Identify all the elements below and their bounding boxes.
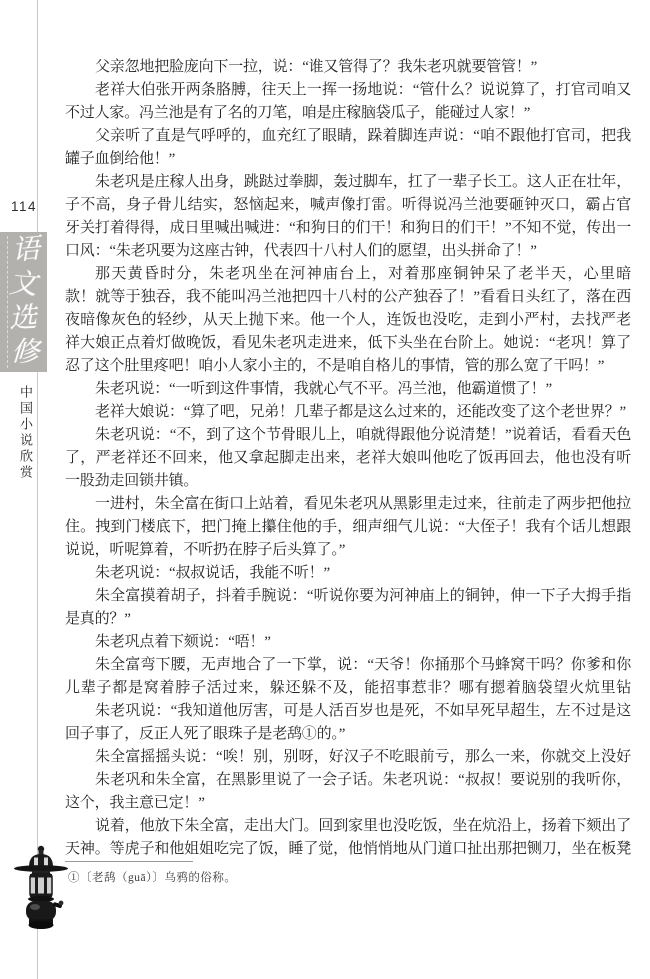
body-text-block: 父亲忽地把脸庞向下一拉，说：“谁又管得了？我朱老巩就要管管！”老祥大伯张开两条胳… (65, 56, 631, 861)
footnote: ①〔老鸹（guā）〕乌鸦的俗称。 (68, 870, 588, 887)
text-line: 朱老巩说：“一听到这件事情，我就心气不平。冯兰池，他霸道惯了！” (65, 378, 631, 401)
text-line: 是真的？” (65, 608, 631, 631)
text-line: 朱全富摸着胡子，抖着手腕说：“听说你要为河神庙上的铜钟，伸一下子大拇手指头， (65, 585, 631, 608)
text-line: 朱全富弯下腰，无声地合了一下掌，说：“天爷！你捅那个马蜂窝干吗？你爹和你爷爷， (65, 654, 631, 677)
series-title-char: 文 (8, 268, 38, 302)
text-line: 一股劲走回锁井镇。 (65, 470, 631, 493)
page-number: 114 (11, 199, 51, 214)
text-line: 夜暗像灰色的轻纱，从天上抛下来。他一个人，连饭也没吃，走到小严村，去找严老祥。老 (65, 309, 631, 332)
text-line: 牙关打着得得，成日里喊出喊进：“和狗日的们干！和狗日的们干！”不知不觉，传出一个 (65, 217, 631, 240)
text-line: 朱老巩是庄稼人出身，跳跶过拳脚，轰过脚车，扛了一辈子长工。这人正在壮年，个 (65, 171, 631, 194)
text-line: 朱老巩和朱全富，在黑影里说了一会子话。朱老巩说：“叔叔！要说别的我听你，说 (65, 769, 631, 792)
series-title-banner: 语文选修 (0, 232, 47, 372)
series-title-char: 选 (9, 302, 39, 335)
text-line: 说说，听呢算着，不听扔在脖子后头算了。” (65, 539, 631, 562)
footnote-divider (65, 861, 193, 862)
text-line: 款！就等于独吞，我不能叫冯兰池把四十八村的公产独吞了！”看看日头红了，落在西山上… (65, 286, 631, 309)
text-line: 祥大娘正点着灯做晚饭，看见朱老巩走进来，低下头坐在台阶上。她说：“老巩！算了吧， (65, 332, 631, 355)
series-title-char: 修 (11, 336, 41, 369)
text-line: 那天黄昏时分，朱老巩坐在河神庙台上，对着那座铜钟呆了老半天，心里暗想：“顶公 (65, 263, 631, 286)
text-line: 老祥大娘说：“算了吧，兄弟！几辈子都是这么过来的，还能改变了这个老世界？” (65, 401, 631, 424)
text-line: 了，严老祥还不回来，他又拿起脚走出来，老祥大娘叫他吃了饭再回去，他也没有听见， (65, 447, 631, 470)
text-line: 子不高，身子骨儿结实，怒恼起来，喊声像打雷。听得说冯兰池要砸钟灭口，霸占官产， (65, 194, 631, 217)
margin-rule (37, 0, 38, 979)
text-line: 朱老巩说：“不，到了这个节骨眼儿上，咱就得跟他分说清楚！”说着话，看看天色黑 (65, 424, 631, 447)
book-page: 114 语文选修 中国小说欣赏 父亲忽地把脸庞向下一拉，说：“谁又管得了？我朱老… (0, 0, 650, 979)
subseries-title: 中国小说欣赏 (16, 385, 35, 495)
text-line: 朱全富摇摇头说：“唉！别，别呀，好汉子不吃眼前亏，那么一来，你就交上没好运了！” (65, 746, 631, 769)
lantern-image (12, 845, 70, 939)
text-line: 不过人家。冯兰池是有了名的刀笔，咱是庄稼脑袋瓜子，能碰过人家！” (65, 102, 631, 125)
text-line: 朱老巩说：“我知道他厉害，可是人活百岁也是死，不如早死早超生，左不过是这么 (65, 700, 631, 723)
text-line: 说着，他放下朱全富，走出大门。回到家里也没吃饭，坐在炕沿上，扬着下颏出了半 (65, 815, 631, 838)
text-line: 一进村，朱全富在街口上站着，看见朱老巩从黑影里走过来，往前走了两步把他拉 (65, 493, 631, 516)
text-line: 老祥大伯张开两条胳膊，往天上一挥一扬地说：“管什么？说说算了，打官司咱又打 (65, 79, 631, 102)
text-line: 朱老巩说：“叔叔说话，我能不听！” (65, 562, 631, 585)
text-line: 儿辈子都是窝着脖子活过来，躲还躲不及，能招事惹非？哪有摁着脑袋望火炕里钻的？” (65, 677, 631, 700)
series-title-char: 语 (11, 234, 42, 268)
text-line: 天神。等虎子和他姐姐吃完了饭，睡了觉，他悄悄地从门道口扯出那把铡刀，坐在板凳 (65, 838, 631, 861)
text-line: 这个，我主意已定！” (65, 792, 631, 815)
text-line: 忍了这个肚里疼吧！咱小人家小主的，不是咱自格儿的事情，管的那么宽了干吗！” (65, 355, 631, 378)
text-line: 口风：“朱老巩要为这座古钟，代表四十八村人们的愿望，出头拼命了！” (65, 240, 631, 263)
text-line: 朱老巩点着下颏说：“唔！” (65, 631, 631, 654)
text-line: 回子事了，反正人死了眼珠子是老鸹①的。” (65, 723, 631, 746)
text-line: 父亲忽地把脸庞向下一拉，说：“谁又管得了？我朱老巩就要管管！” (65, 56, 631, 79)
text-line: 住。拽到门楼底下，把门掩上攥住他的手，细声细气儿说：“大侄子！我有个话儿想跟你 (65, 516, 631, 539)
text-line: 罐子血倒给他！” (65, 148, 631, 171)
text-line: 父亲听了直是气呼呼的，血充红了眼睛，跺着脚连声说：“咱不跟他打官司，把我这 (65, 125, 631, 148)
